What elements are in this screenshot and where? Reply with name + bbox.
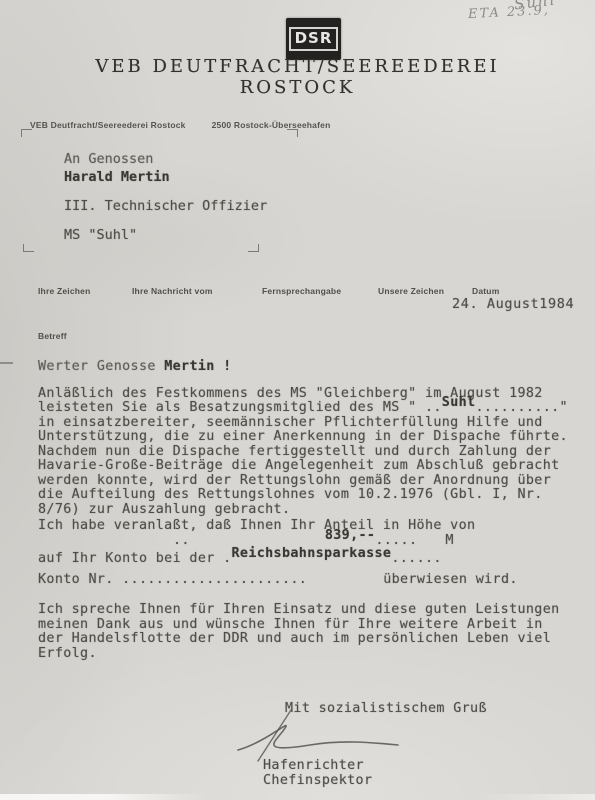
salutation-name: Mertin ! (164, 359, 231, 374)
signer-name: Hafenrichter (263, 759, 372, 774)
account-pre: auf Ihr Konto bei der (38, 551, 215, 566)
letter-body: Werter Genosse Mertin ! Anläßlich des Fe… (38, 360, 583, 661)
p3-line1: Ich spreche Ihnen für Ihren Einsatz und … (38, 603, 583, 618)
konto-line: Konto Nr. ......................überwies… (38, 573, 583, 588)
signer-title: Chefinspektor (263, 774, 372, 789)
konto-number-dots: Konto Nr. ...................... (38, 572, 307, 587)
window-bracket-top-left (21, 129, 32, 137)
p3-line4: Erfolg. (38, 647, 583, 662)
field-label-fernsprechangabe: Fernsprechangabe (262, 286, 341, 296)
sender-line: VEB Deutfracht/Seereederei Rostock2500 R… (30, 120, 356, 130)
recipient-block: An Genossen Harald Mertin III. Technisch… (64, 151, 267, 243)
handwritten-signature (228, 708, 403, 763)
dsr-logo-text: DSR (289, 27, 339, 51)
subject-label: Betreff (38, 331, 67, 341)
amount-dots-pre: .. (173, 533, 190, 548)
p1-line4: Unterstützung, die zu einer Anerkennung … (38, 430, 583, 445)
p1-line2: leisteten Sie als Besatzungsmitglied des… (38, 401, 583, 416)
sender-name: VEB Deutfracht/Seereederei Rostock (30, 120, 186, 130)
signer-block: Hafenrichter Chefinspektor (263, 759, 372, 788)
field-label-ihre-zeichen: Ihre Zeichen (38, 286, 90, 296)
recipient-salutation: An Genossen (64, 151, 267, 167)
p1-line2-post: .........." (475, 400, 568, 415)
p3-line3: der Handelsflotte der DDR und auch im pe… (38, 632, 583, 647)
p1-line9: 8/76) zur Auszahlung gebracht. (38, 503, 583, 518)
dsr-logo: DSR (286, 18, 341, 60)
p1-line7: werden konnte, wird der Rettungslohn gem… (38, 474, 583, 489)
handwritten-note-eta: ETA 23.9, (468, 3, 551, 22)
salutation-line: Werter Genosse Mertin ! (38, 360, 583, 375)
p1-line5: Nachdem nun die Dispache fertiggestellt … (38, 445, 583, 460)
p3-line2: meinen Dank aus und wünsche Ihnen für Ih… (38, 618, 583, 633)
currency-mark: M (445, 533, 453, 548)
recipient-title: III. Technischer Offizier (64, 198, 267, 214)
recipient-ship: MS "Suhl" (64, 227, 267, 243)
p1-line2-pre: leisteten Sie als Besatzungsmitglied des… (38, 400, 442, 415)
window-bracket-top-right (287, 129, 298, 137)
field-label-datum: Datum (472, 286, 499, 296)
recipient-name: Harald Mertin (64, 169, 267, 185)
paragraph-2: Ich habe veranlaßt, daß Ihnen Ihr Anteil… (38, 519, 583, 587)
bank-name-insert: Reichsbahnsparkasse (232, 547, 392, 562)
company-name: VEB DEUTFRACHT/SEEREEDEREI ROSTOCK (0, 56, 595, 98)
field-label-unsere-zeichen: Unsere Zeichen (378, 286, 444, 296)
p1-line8: die Aufteilung des Rettungslohnes vom 10… (38, 488, 583, 503)
sender-address: 2500 Rostock-Überseehafen (212, 120, 331, 130)
p1-line6: Havarie-Große-Beiträge die Angelegenheit… (38, 459, 583, 474)
account-dots-pre: . (223, 551, 231, 566)
field-label-ihre-nachricht: Ihre Nachricht vom (132, 286, 213, 296)
company-name-line1: VEB DEUTFRACHT/SEEREEDEREI (0, 56, 595, 77)
salutation-prefix: Werter Genosse (38, 359, 156, 374)
company-name-line2: ROSTOCK (0, 77, 595, 98)
p1-line1: Anläßlich des Festkommens des MS "Gleich… (38, 387, 583, 402)
scanned-letter-page: Suhl ETA 23.9, DSR VEB DEUTFRACHT/SEEREE… (0, 0, 595, 800)
account-dots-post: ...... (391, 551, 441, 566)
letter-date: 24. August1984 (452, 296, 574, 312)
amount-value: 839,-- (190, 529, 375, 544)
account-line: auf Ihr Konto bei der .Reichsbahnsparkas… (38, 552, 583, 567)
fold-mark (0, 362, 13, 364)
ship-name-insert: Suhl (442, 396, 476, 411)
paragraph-1: Anläßlich des Festkommens des MS "Gleich… (38, 387, 583, 518)
p1-line3: in einsatzbereiter, seemännischer Pflich… (38, 416, 583, 431)
konto-tail: überwiesen wird. (383, 572, 518, 587)
window-bracket-bottom-left (23, 244, 34, 252)
window-bracket-bottom-right (248, 244, 259, 252)
paragraph-3: Ich spreche Ihnen für Ihren Einsatz und … (38, 603, 583, 661)
